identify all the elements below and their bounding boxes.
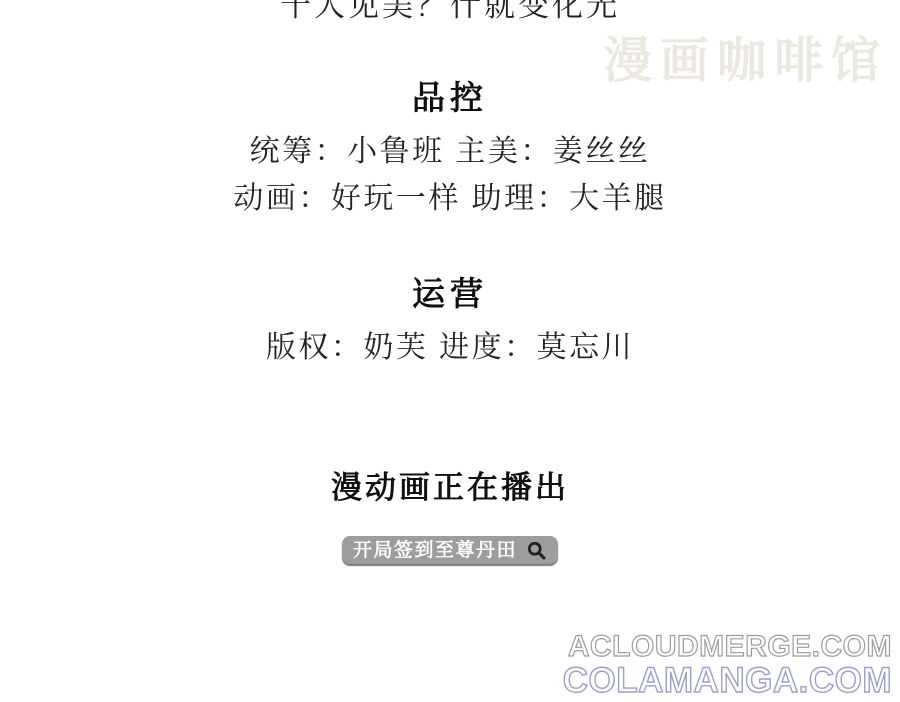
magnifier-icon: [526, 540, 547, 561]
credit-row-copyright-progress: 版权：奶芙 进度：莫忘川: [0, 322, 900, 366]
credit-row-coordinator-artdirector: 统筹：小鲁班 主美：姜丝丝: [0, 126, 900, 170]
broadcast-heading: 漫动画正在播出: [0, 462, 900, 507]
comic-title-search-button[interactable]: 开局签到至尊丹田: [342, 536, 558, 564]
section-heading-operations: 运营: [0, 268, 900, 315]
credit-row-animation-assistant: 动画：好玩一样 助理：大羊腿: [0, 173, 900, 217]
watermark-colamanga: COLAMANGA.COM: [563, 663, 892, 698]
site-watermarks: ACLOUDMERGE.COM COLAMANGA.COM: [563, 632, 892, 698]
section-heading-quality: 品控: [0, 72, 900, 119]
comic-title-label: 开局签到至尊丹田: [353, 541, 517, 560]
credits-page: 千人见美？什就变化光 漫画咖啡馆 品控 统筹：小鲁班 主美：姜丝丝 动画：好玩一…: [0, 0, 900, 702]
watermark-acloudmerge: ACLOUDMERGE.COM: [563, 632, 892, 662]
